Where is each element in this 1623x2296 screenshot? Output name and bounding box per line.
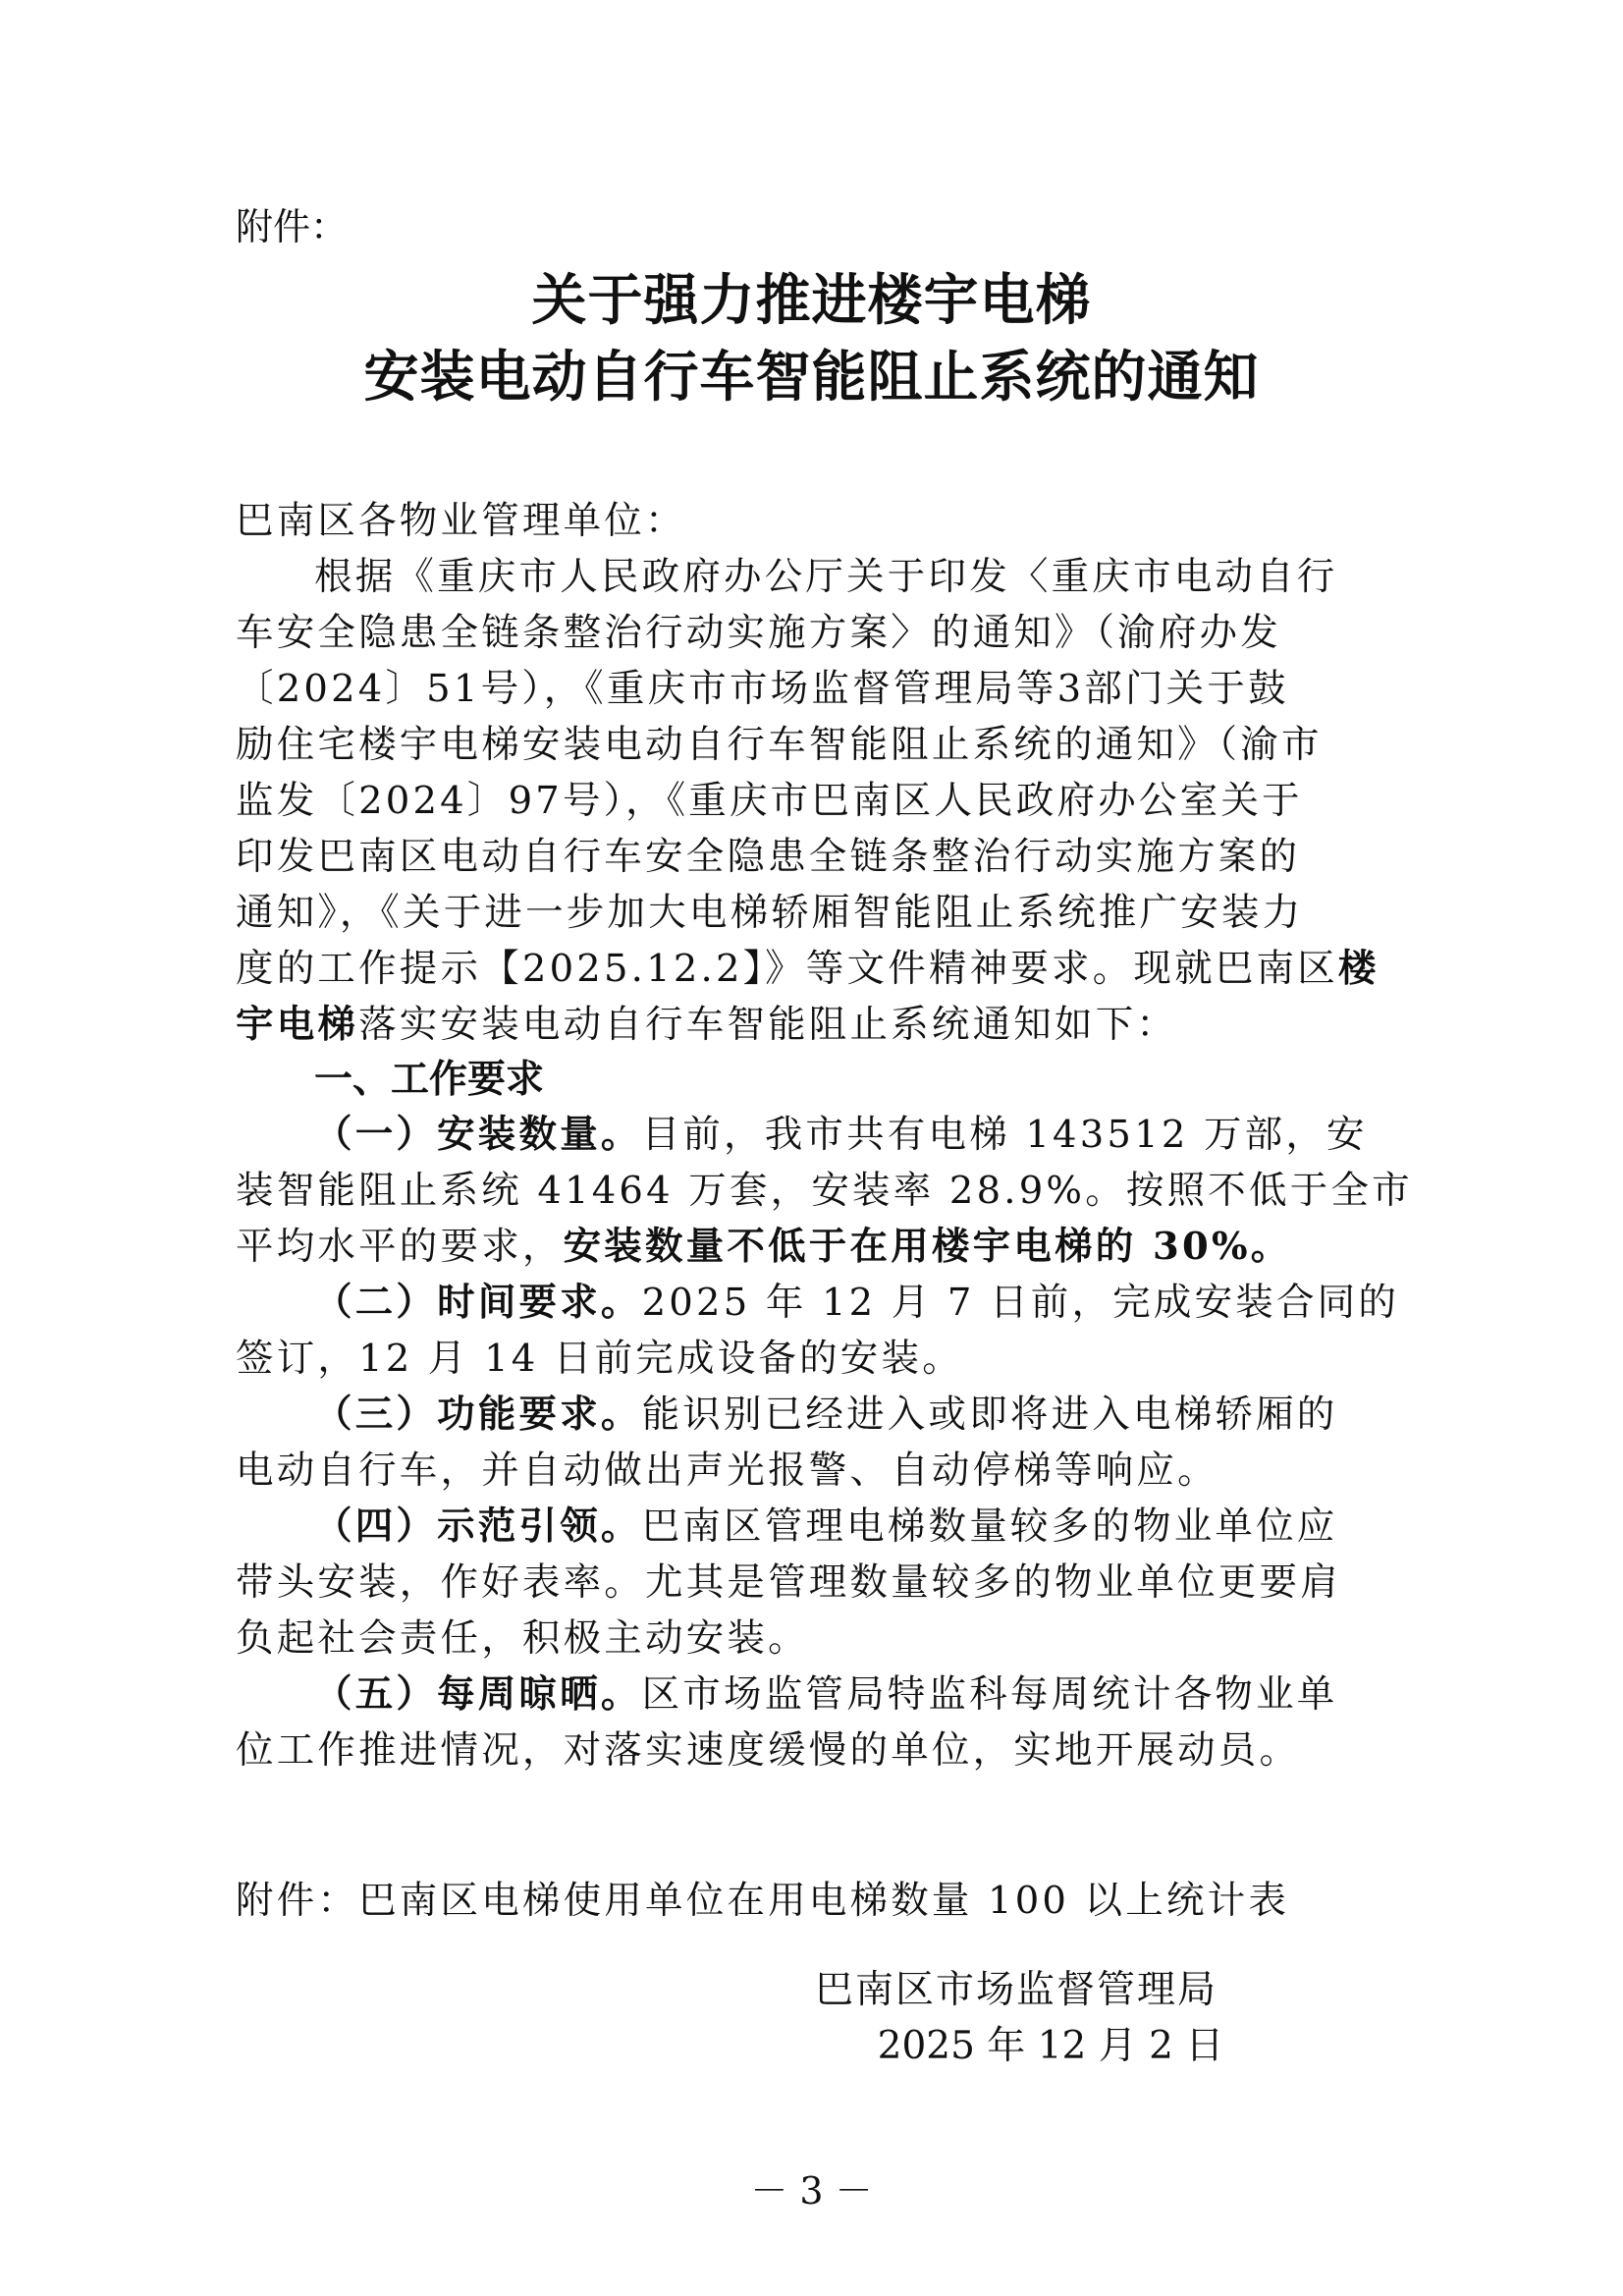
item-text: 区市场监管局特监科每周统计各物业单 — [642, 1672, 1338, 1717]
title-line-1: 关于强力推进楼宇电梯 — [0, 257, 1623, 336]
attachment-label: 附件： — [236, 196, 348, 250]
title-line-2: 安装电动自行车智能阻止系统的通知 — [0, 334, 1623, 412]
signature-date: 2025 年 12 月 2 日 — [501, 2015, 1600, 2070]
item-line: 平均水平的要求，安装数量不低于在用楼宇电梯的 30%。 — [236, 1217, 1291, 1271]
item-line: 负起社会责任，积极主动安装。 — [236, 1609, 809, 1663]
item-emphasis: 安装数量不低于在用楼宇电梯的 30%。 — [564, 1225, 1292, 1269]
intro-line: 监发〔2024〕97号），《重庆市巴南区人民政府办公室关于 — [236, 771, 1303, 825]
item-label: （一）安装数量。 — [314, 1113, 642, 1157]
item-label: （二）时间要求。 — [314, 1281, 642, 1325]
item-line: （四）示范引领。巴南区管理电梯数量较多的物业单位应 — [314, 1497, 1338, 1551]
item-label: （五）每周晾晒。 — [314, 1672, 642, 1717]
item-text: 2025 年 12 月 7 日前，完成安装合同的 — [642, 1281, 1399, 1325]
page-number: － 3 － — [0, 2160, 1623, 2214]
item-line: 装智能阻止系统 41464 万套，安装率 28.9%。按照不低于全市 — [236, 1161, 1413, 1215]
attachment-note: 附件：巴南区电梯使用单位在用电梯数量 100 以上统计表 — [236, 1871, 1289, 1925]
salutation: 巴南区各物业管理单位： — [236, 491, 686, 545]
section-heading: 一、工作要求 — [314, 1049, 544, 1104]
item-label: （四）示范引领。 — [314, 1504, 642, 1549]
intro-text: 度的工作提示【2025.12.2】》等文件精神要求。现就巴南区 — [236, 947, 1338, 991]
item-line: （一）安装数量。目前，我市共有电梯 143512 万部，安 — [314, 1105, 1368, 1159]
item-text: 巴南区管理电梯数量较多的物业单位应 — [642, 1504, 1338, 1549]
intro-text: 落实安装电动自行车智能阻止系统通知如下： — [358, 1003, 1177, 1047]
intro-emphasis: 楼 — [1338, 947, 1380, 991]
item-line: 带头安装，作好表率。尤其是管理数量较多的物业单位更要肩 — [236, 1553, 1341, 1607]
item-text: 平均水平的要求， — [236, 1225, 564, 1269]
item-line: （五）每周晾晒。区市场监管局特监科每周统计各物业单 — [314, 1665, 1338, 1719]
intro-emphasis: 宇电梯 — [236, 1003, 358, 1047]
intro-line: 〔2024〕51号），《重庆市市场监督管理局等3部门关于鼓 — [236, 659, 1289, 713]
intro-line: 度的工作提示【2025.12.2】》等文件精神要求。现就巴南区楼 — [236, 939, 1380, 993]
item-line: （三）功能要求。能识别已经进入或即将进入电梯轿厢的 — [314, 1385, 1338, 1439]
intro-line: 励住宅楼宇电梯安装电动自行车智能阻止系统的通知》（渝市 — [236, 715, 1323, 769]
item-label: （三）功能要求。 — [314, 1393, 642, 1437]
item-line: （二）时间要求。2025 年 12 月 7 日前，完成安装合同的 — [314, 1273, 1399, 1327]
intro-line: 车安全隐患全链条整治行动实施方案〉的通知》（渝府办发 — [236, 603, 1281, 657]
item-line: 电动自行车，并自动做出声光报警、自动停梯等响应。 — [236, 1441, 1218, 1495]
item-text: 目前，我市共有电梯 143512 万部，安 — [642, 1113, 1368, 1157]
signature-org: 巴南区市场监督管理局 — [466, 1959, 1566, 2014]
item-line: 位工作推进情况，对落实速度缓慢的单位，实地开展动员。 — [236, 1721, 1300, 1775]
intro-line: 印发巴南区电动自行车安全隐患全链条整治行动实施方案的 — [236, 827, 1300, 881]
intro-line: 通知》，《关于进一步加大电梯轿厢智能阻止系统推广安装力 — [236, 883, 1303, 937]
intro-line: 宇电梯落实安装电动自行车智能阻止系统通知如下： — [236, 995, 1177, 1049]
item-line: 签订，12 月 14 日前完成设备的安装。 — [236, 1329, 963, 1383]
item-text: 能识别已经进入或即将进入电梯轿厢的 — [642, 1393, 1338, 1437]
intro-line: 根据《重庆市人民政府办公厅关于印发〈重庆市电动自行 — [314, 547, 1338, 601]
